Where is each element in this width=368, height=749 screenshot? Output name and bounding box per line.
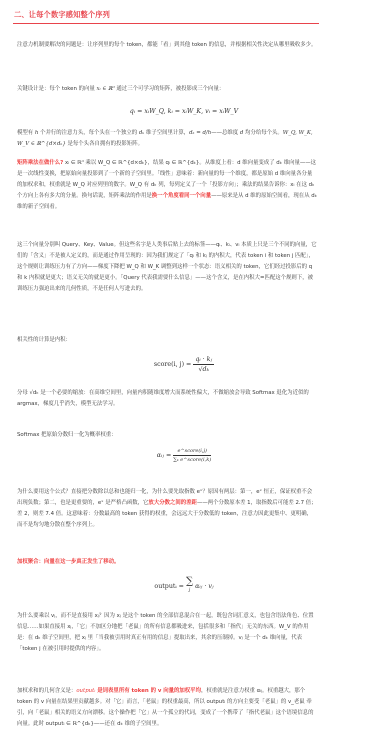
relevance-paragraph: 相关性的计算是内积： xyxy=(17,335,317,346)
text: 个并行的注意力头，每个头在一个独立的 xyxy=(38,130,138,136)
softmax-equation: αᵢⱼ = e^score(i,j)∑ₖ e^score(i,k) xyxy=(0,448,368,463)
heads-paragraph: 模型有 h 个并行的注意力头，每个头在一个独立的 dₖ 维子空间里计算，dₖ =… xyxy=(17,128,317,150)
equation-lhs: outputᵢ = xyxy=(154,583,184,590)
math-inline: xᵢ ∈ ℝᵈ xyxy=(97,86,115,92)
denominator: √dₖ xyxy=(193,365,214,373)
sum-index: j xyxy=(186,587,193,595)
denominator: ∑ₖ e^score(i,k) xyxy=(173,456,211,463)
equation-lhs: αᵢⱼ = xyxy=(157,452,171,459)
text: 均分给每个头。 xyxy=(243,130,282,136)
text: 关键设计是：每个 token 的向量 xyxy=(17,86,97,92)
scaling-paragraph: 分母 √dₖ 是一个必要的缩放：在高维空间里，向量内积随维度增大而系统性偏大，不… xyxy=(17,388,317,410)
geometric-meaning-paragraph: 加权求和的几何含义是：outputᵢ 是词表里所有 token 的 v 向量的加… xyxy=(17,686,317,730)
math-inline: outputᵢ xyxy=(76,688,95,694)
score-equation: score(i, j) = qᵢ · kⱼ√dₖ xyxy=(0,356,368,373)
output-equation: outputᵢ = ∑j αᵢⱼ · vⱼ xyxy=(0,578,368,595)
qkv-equation: qᵢ = xᵢW_Q, kᵢ = xᵢW_K, vᵢ = xᵢW_V xyxy=(0,108,368,115)
intro-paragraph: 注意力机制要解决的问题是：让序列里的每个 token，都能「看」到其他 toke… xyxy=(17,40,317,51)
text: 加权求和的几何含义是： xyxy=(17,688,76,694)
sum-symbol: ∑ xyxy=(186,576,193,587)
text: 是每个头各自拥有的投影矩阵。 xyxy=(66,141,143,147)
highlight-text: 矩阵乘法在做什么? xyxy=(17,160,63,166)
matrix-mult-paragraph: 矩阵乘法在做什么? xᵢ ∈ ℝᵈ 乘以 W_Q ∈ ℝ^{d×dₖ}，结果 q… xyxy=(17,158,317,213)
key-design-paragraph: 关键设计是：每个 token 的向量 xᵢ ∈ ℝᵈ 通过三个可学习的矩阵，被投… xyxy=(17,84,317,95)
equation-text: qᵢ = xᵢW_Q, kᵢ = xᵢW_K, vᵢ = xᵢW_V xyxy=(130,108,238,115)
softmax-intro-paragraph: Softmax 把原始分数归一化为概率权重： xyxy=(17,430,317,441)
summation: ∑j xyxy=(186,578,193,595)
fraction: e^score(i,j)∑ₖ e^score(i,k) xyxy=(173,448,211,463)
document-page: 二、让每个数字感知整个序列 注意力机制要解决的问题是：让序列里的每个 token… xyxy=(0,0,368,749)
equation-lhs: score(i, j) = xyxy=(154,361,191,368)
equation-rhs: αᵢⱼ · vⱼ xyxy=(195,583,213,590)
section-title-underline xyxy=(13,23,319,24)
text: 维子空间里计算， xyxy=(144,130,189,136)
softmax-why-paragraph: 为什么要用这个公式？直接把分数除以总和也能归一化，为什么要先取指数 eˣ？原因有… xyxy=(17,487,317,531)
highlight-text: 放大分数之间的差距 xyxy=(148,500,197,506)
highlight-text: 换一个角度看同一个向量 xyxy=(152,193,211,199)
math-inline: dₖ = d/h xyxy=(189,130,211,136)
aggregation-heading: 加权聚合：向量在这一步真正发生了移动。 xyxy=(17,557,317,568)
section-title: 二、让每个数字感知整个序列 xyxy=(14,10,110,20)
text: ——总维度 xyxy=(211,130,240,136)
value-vector-paragraph: 为什么要乘以 vⱼ，而不是直接用 xⱼ？因为 xⱼ 是这个 token 的全部信… xyxy=(17,611,317,655)
fraction: qᵢ · kⱼ√dₖ xyxy=(193,356,214,373)
highlight-text: 是词表里所有 token 的 v 向量的加权平均 xyxy=(95,688,201,694)
numerator: qᵢ · kⱼ xyxy=(193,356,214,365)
text: 通过三个可学习的矩阵，被投影成三个向量： xyxy=(115,86,225,92)
text: 模型有 xyxy=(17,130,35,136)
qkv-naming-paragraph: 这三个向量分别叫 Query、Key、Value。但这些名字是人类事后贴上去的标… xyxy=(17,240,317,295)
numerator: e^score(i,j) xyxy=(173,448,211,456)
